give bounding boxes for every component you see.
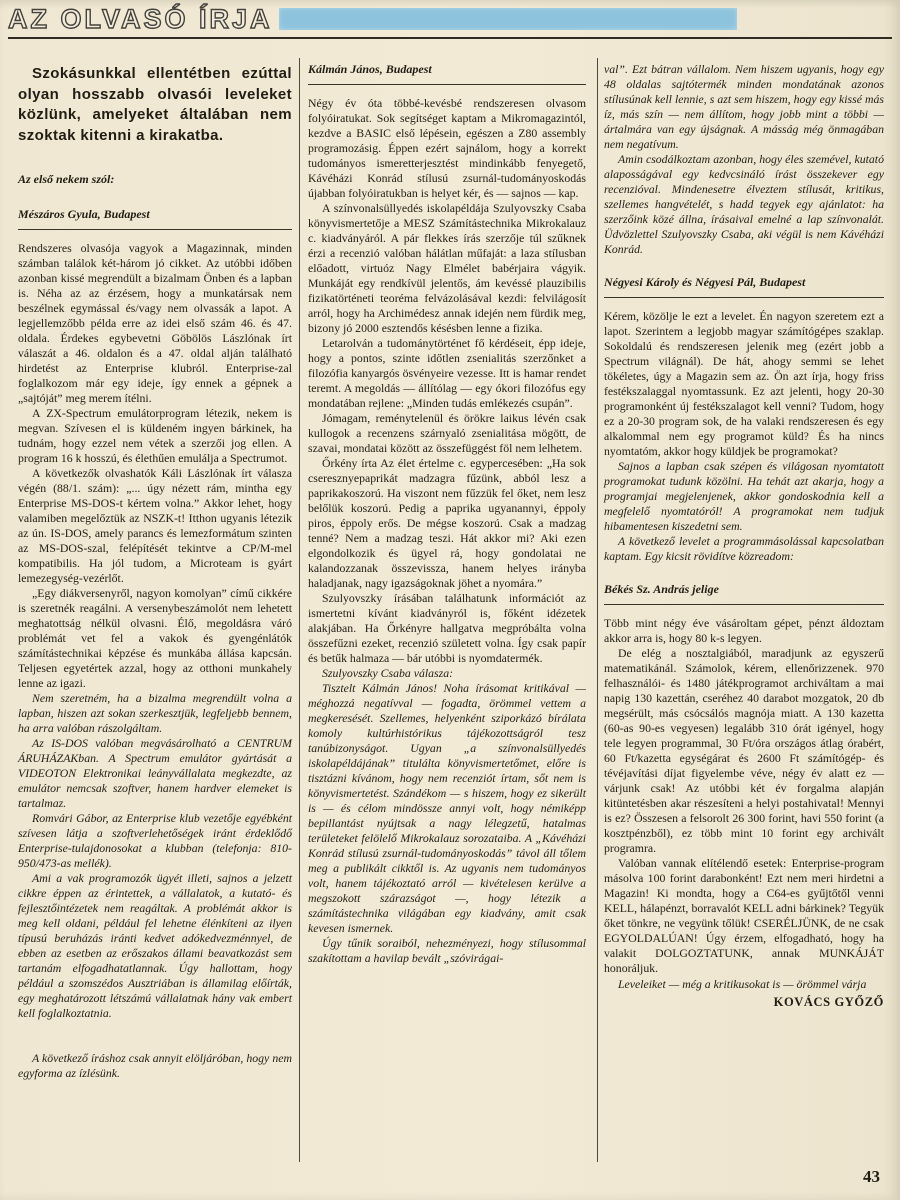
page-number: 43 [863, 1167, 880, 1187]
editor-reply-paragraph: A következő levelet a programmásolással … [604, 534, 884, 564]
column-divider-2 [597, 58, 598, 1162]
letter-paragraph: De elég a nosztalgiából, maradjunk az eg… [604, 646, 884, 856]
reply-intro-line: Szulyovszky Csaba válasza: [308, 666, 586, 681]
magazine-page: AZ OLVASÓ ÍRJA Szokásunkkal ellentétben … [0, 0, 900, 1200]
author-heading: Mészáros Gyula, Budapest [18, 207, 292, 230]
letter-paragraph: A következők olvashatók Káli Lászlónak í… [18, 466, 292, 586]
editor-reply-paragraph: Tisztelt Kálmán János! Noha írásomat kri… [308, 681, 586, 936]
letter-paragraph: A színvonalsüllyedés iskolapéldája Szuly… [308, 201, 586, 336]
editor-reply-paragraph: Romvári Gábor, az Enterprise klub vezető… [18, 811, 292, 871]
header-rule [8, 37, 892, 39]
editor-reply-paragraph: val”. Ezt bátran vállalom. Nem hiszem ug… [604, 62, 884, 152]
page-title: AZ OLVASÓ ÍRJA [8, 5, 273, 33]
editor-reply-paragraph: Nem szeretném, ha a bizalma megrendült v… [18, 691, 292, 736]
section-kicker: Az első nekem szól: [18, 172, 292, 187]
letter-paragraph: Letarolván a tudománytörténet fő kérdése… [308, 336, 586, 411]
column-2: Kálmán János, Budapest Négy év óta többé… [308, 62, 586, 966]
author-heading: Békés Sz. András jelige [604, 582, 884, 605]
letter-paragraph: A ZX-Spectrum emulátorprogram létezik, n… [18, 406, 292, 466]
closing-line: Leveleiket — még a kritikusokat is — örö… [604, 977, 884, 992]
editor-reply-paragraph: Sajnos a lapban csak szépen és világosan… [604, 459, 884, 534]
editor-reply-paragraph: Amin csodálkoztam azonban, hogy éles sze… [604, 152, 884, 257]
page-header: AZ OLVASÓ ÍRJA [8, 5, 892, 33]
letter-paragraph: Jómagam, reménytelenül és örökre laikus … [308, 411, 586, 456]
letter-paragraph: Valóban vannak elítélendő esetek: Enterp… [604, 856, 884, 976]
column-divider-1 [299, 58, 300, 1162]
header-accent-bar [279, 8, 737, 30]
editor-reply-paragraph: Az IS-DOS valóban megvásárolható a CENTR… [18, 736, 292, 811]
letter-paragraph: Szulyovszky írásában találhatunk informá… [308, 591, 586, 666]
author-heading: Kálmán János, Budapest [308, 62, 586, 85]
editor-note-paragraph: A következő íráshoz csak annyit elöljáró… [18, 1051, 292, 1081]
editor-reply-paragraph: Úgy tűnik soraiból, nehezményezi, hogy s… [308, 936, 586, 966]
editor-signature: KOVÁCS GYŐZŐ [604, 995, 884, 1010]
letter-paragraph: „Egy diákversenyről, nagyon komolyan” cí… [18, 586, 292, 691]
editor-reply-paragraph: Ami a vak programozók ügyét illeti, sajn… [18, 871, 292, 1021]
letter-paragraph: Rendszeres olvasója vagyok a Magazinnak,… [18, 241, 292, 406]
letter-paragraph: Több mint négy éve vásároltam gépet, pén… [604, 616, 884, 646]
letter-paragraph: Kérem, közölje le ezt a levelet. Én nagy… [604, 309, 884, 459]
intro-note: Szokásunkkal ellentétben ezúttal olyan h… [18, 64, 292, 146]
column-1: Szokásunkkal ellentétben ezúttal olyan h… [18, 62, 292, 1081]
author-heading: Négyesi Károly és Négyesi Pál, Budapest [604, 275, 884, 298]
letter-paragraph: Őrkény írta Az élet értelme c. egyperces… [308, 456, 586, 591]
letter-paragraph: Négy év óta többé-kevésbé rendszeresen o… [308, 96, 586, 201]
column-3: val”. Ezt bátran vállalom. Nem hiszem ug… [604, 62, 884, 1010]
